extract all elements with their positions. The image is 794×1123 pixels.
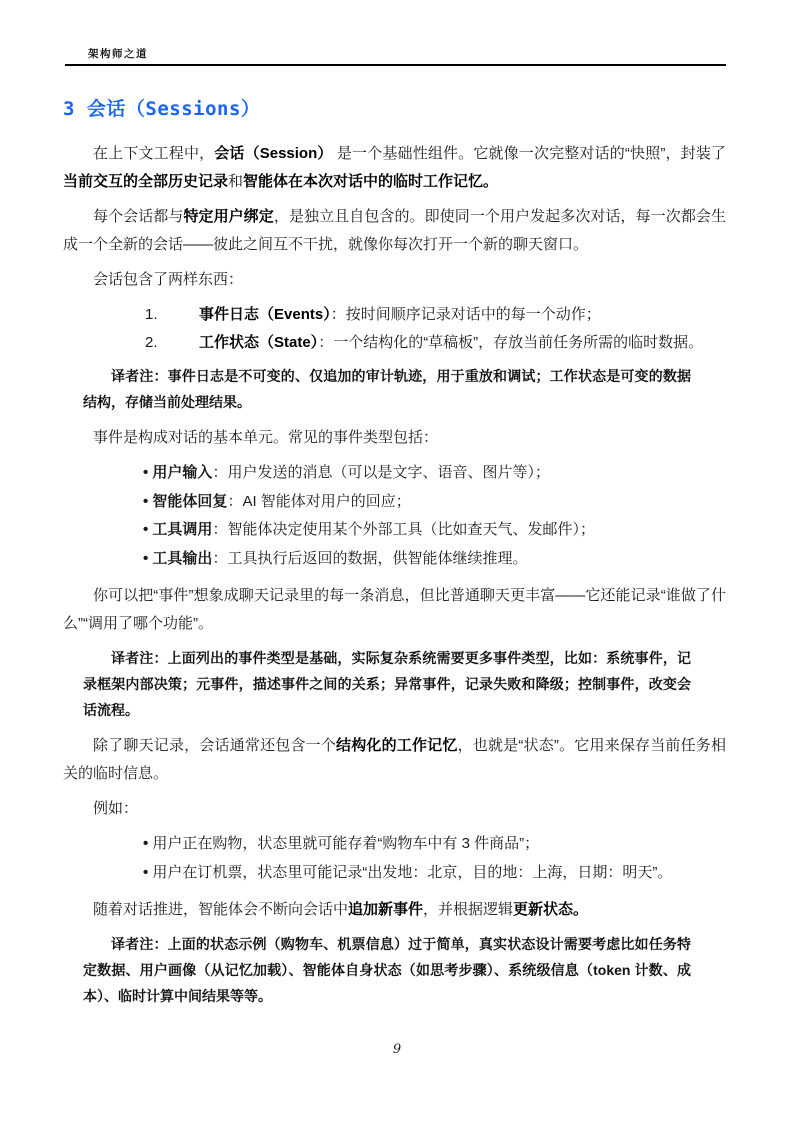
bold-run: 当前交互的全部历史记录: [63, 173, 228, 190]
bold-run: 智能体在本次对话中的临时工作记忆。: [243, 173, 498, 190]
text-run: ：用户发送的消息（可以是文字、语音、图片等）；: [212, 464, 550, 481]
bold-run: 工具调用: [152, 521, 212, 538]
paragraph-user-binding: 每个会话都与特定用户绑定，是独立且自包含的。即使同一个用户发起多次对话，每一次都…: [63, 203, 726, 259]
bold-run: 工具输出: [152, 550, 212, 567]
paragraph-event-types: 事件是构成对话的基本单元。常见的事件类型包括：: [63, 424, 726, 452]
bold-run: 用户输入: [152, 464, 212, 481]
paragraph-two-things: 会话包含了两样东西：: [63, 266, 726, 294]
translator-note-3: 译者注：上面的状态示例（购物车、机票信息）过于简单，真实状态设计需要考虑比如任务…: [83, 931, 691, 1009]
text-run: ：智能体决定使用某个外部工具（比如查天气、发邮件）；: [212, 521, 595, 538]
bold-run: 工作状态（State）: [199, 334, 318, 351]
list-item: 工具输出：工具执行后返回的数据，供智能体继续推理。: [63, 545, 726, 574]
page-header: 架构师之道: [63, 46, 726, 61]
bold-run: 追加新事件: [348, 901, 423, 918]
header-rule: [65, 64, 726, 66]
header-title: 架构师之道: [88, 48, 148, 60]
text-run: ：AI 智能体对用户的回应；: [227, 493, 410, 510]
list-item: 用户正在购物，状态里就可能存着“购物车中有 3 件商品”；: [63, 830, 726, 859]
text-run: ：工具执行后返回的数据，供智能体继续推理。: [212, 550, 527, 567]
text-run: 和: [228, 173, 243, 190]
bold-run: 会话（Session）: [214, 145, 332, 162]
translator-note-1: 译者注：事件日志是不可变的、仅追加的审计轨迹，用于重放和调试；工作状态是可变的数…: [83, 363, 691, 415]
list-item: 智能体回复：AI 智能体对用户的回应；: [63, 488, 726, 517]
text-run: 随着对话推进，智能体会不断向会话中: [93, 901, 348, 918]
text-run: 每个会话都与: [93, 208, 183, 225]
numbered-list: 1.事件日志（Events）：按时间顺序记录对话中的每一个动作； 2.工作状态（…: [63, 301, 726, 356]
paragraph-example-label: 例如：: [63, 795, 726, 823]
bold-run: 智能体回复: [152, 493, 227, 510]
section-heading: 3 会话（Sessions）: [63, 94, 726, 121]
paragraph-state-memory: 除了聊天记录，会话通常还包含一个结构化的工作记忆，也就是“状态”。它用来保存当前…: [63, 732, 726, 788]
text-run: 是一个基础性组件。它就像一次完整对话的“快照”，封装了: [333, 145, 726, 162]
list-item: 用户输入：用户发送的消息（可以是文字、语音、图片等）；: [63, 459, 726, 488]
list-item: 用户在订机票，状态里可能记录“出发地：北京，目的地：上海，日期：明天”。: [63, 859, 726, 888]
translator-note-2: 译者注：上面列出的事件类型是基础，实际复杂系统需要更多事件类型，比如：系统事件，…: [83, 645, 691, 723]
text-run: ，并根据逻辑: [423, 901, 513, 918]
text-run: 除了聊天记录，会话通常还包含一个: [93, 737, 336, 754]
bold-run: 特定用户绑定: [183, 208, 273, 225]
list-number: 2.: [145, 329, 199, 357]
page-number: 9: [0, 1042, 794, 1057]
paragraph-session-intro: 在上下文工程中，会话（Session） 是一个基础性组件。它就像一次完整对话的“…: [63, 140, 726, 196]
bullet-list-examples: 用户正在购物，状态里就可能存着“购物车中有 3 件商品”； 用户在订机票，状态里…: [63, 830, 726, 887]
bold-run: 事件日志（Events）: [199, 306, 331, 323]
numbered-item-state: 2.工作状态（State）：一个结构化的“草稿板”，存放当前任务所需的临时数据。: [63, 329, 726, 357]
text-run: ：一个结构化的“草稿板”，存放当前任务所需的临时数据。: [318, 334, 703, 351]
bold-run: 更新状态。: [513, 901, 588, 918]
paragraph-append-events: 随着对话推进，智能体会不断向会话中追加新事件，并根据逻辑更新状态。: [63, 896, 726, 924]
list-item: 工具调用：智能体决定使用某个外部工具（比如查天气、发邮件）；: [63, 516, 726, 545]
text-run: ：按时间顺序记录对话中的每一个动作；: [331, 306, 601, 323]
bullet-list-event-types: 用户输入：用户发送的消息（可以是文字、语音、图片等）； 智能体回复：AI 智能体…: [63, 459, 726, 573]
text-run: 在上下文工程中，: [93, 145, 214, 162]
list-number: 1.: [145, 301, 199, 329]
paragraph-event-analogy: 你可以把“事件”想象成聊天记录里的每一条消息，但比普通聊天更丰富——它还能记录“…: [63, 582, 726, 638]
numbered-item-events: 1.事件日志（Events）：按时间顺序记录对话中的每一个动作；: [63, 301, 726, 329]
bold-run: 结构化的工作记忆: [336, 737, 458, 754]
document-page: 架构师之道 3 会话（Sessions） 在上下文工程中，会话（Session）…: [0, 0, 794, 1123]
